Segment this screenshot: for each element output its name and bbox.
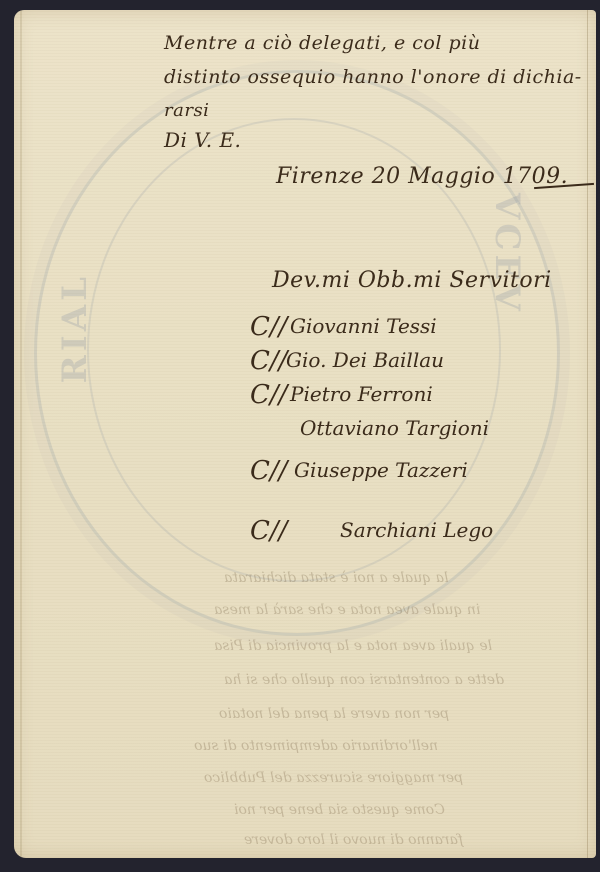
bleed-through-line: la quale a noi è stata dichiarata [224,570,448,586]
signature-mark: C// [250,380,287,410]
signature-name: Sarchiani Lego [340,518,493,542]
signature-mark: C// [250,346,287,376]
closing-formula: Dev.mi Obb.mi Servitori [272,268,552,293]
bleed-through-line: le quali avea nota e la provincia di Pis… [214,638,492,654]
signature-name: Giovanni Tessi [290,314,437,338]
bleed-through-line: per maggiore sicurezza del Pubblico [204,770,463,786]
body-line: distinto ossequio hanno l'onore di dichi… [164,66,582,88]
body-line: rarsi [164,100,209,121]
stamp-letters-left: RIAL [55,273,95,383]
signature-mark: C// [250,516,287,546]
page-fold [20,10,22,858]
page-edge [587,10,588,858]
bleed-through-line: dette a contentarsi con quello che si ha [224,672,504,688]
salutation: Di V. E. [164,128,241,152]
stamp-letters-right: VCEV [487,193,527,315]
bleed-through-line: Come questo sia bene per noi [234,802,445,818]
manuscript-page: VCEV RIAL la quale a noi è stata dichiar… [14,10,596,858]
body-line: Mentre a ciò delegati, e col più [164,32,480,54]
signature-name: Giuseppe Tazzeri [294,458,468,482]
bleed-through-line: in quale avea nota e che sarà la mesa [214,602,480,618]
signature-name: Ottaviano Targioni [300,416,489,440]
signature-name: Pietro Ferroni [290,382,433,406]
bleed-through-line: nell'ordinario adempimento di suo [194,738,438,754]
signature-mark: C// [250,456,287,486]
signature-mark: C// [250,312,287,342]
bleed-through-line: faranno di nuovo il loro dovere [244,832,463,848]
bleed-through-line: per non avere la pena del notaio [219,706,449,722]
signature-name: Gio. Dei Baillau [286,348,444,372]
place-and-date: Firenze 20 Maggio 1709. [276,164,568,189]
